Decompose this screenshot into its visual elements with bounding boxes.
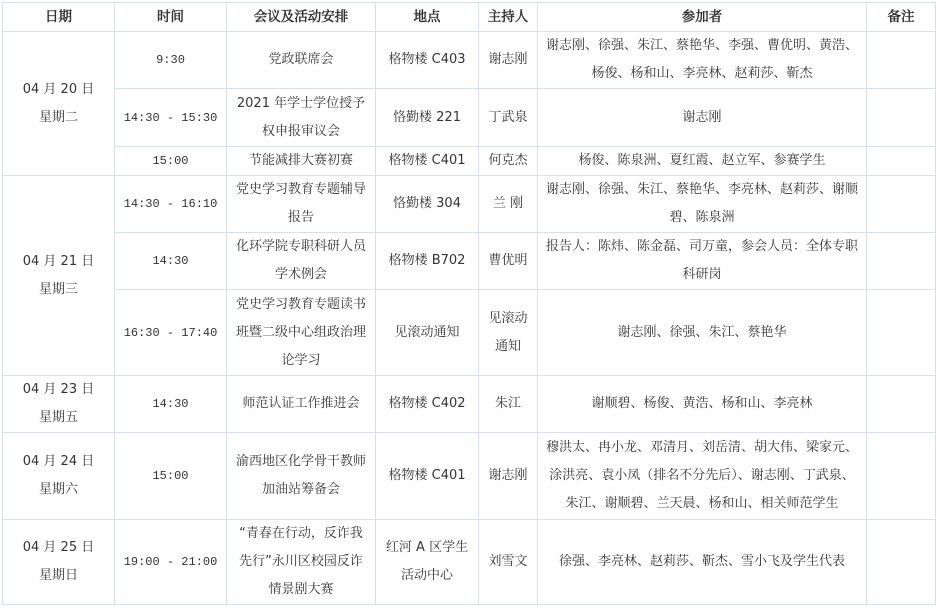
weekday-text: 星期六 <box>9 476 108 504</box>
time-cell: 15:00 <box>115 433 227 520</box>
header-attendees: 参加者 <box>538 3 867 32</box>
table-row: 04 月 25 日 星期日 19:00 - 21:00 “青春在行动，反诈我先行… <box>3 520 936 605</box>
remarks-cell <box>867 176 936 233</box>
attendees-cell: 谢志刚、徐强、朱江、蔡艳华、李亮林、赵莉莎、谢顺碧、陈泉洲 <box>538 176 867 233</box>
header-host: 主持人 <box>479 3 538 32</box>
remarks-cell <box>867 433 936 520</box>
host-cell: 谢志刚 <box>479 32 538 89</box>
attendees-cell: 谢志刚、徐强、朱江、蔡艳华 <box>538 290 867 376</box>
table-row: 14:30 化环学院专职科研人员学术例会 格物楼 B702 曹优明 报告人：陈炜… <box>3 233 936 290</box>
host-cell: 刘雪文 <box>479 520 538 605</box>
host-cell: 曹优明 <box>479 233 538 290</box>
header-date: 日期 <box>3 3 115 32</box>
date-text: 04 月 25 日 <box>9 534 108 562</box>
attendees-cell: 谢顺碧、杨俊、黄浩、杨和山、李亮林 <box>538 376 867 433</box>
weekday-text: 星期日 <box>9 562 108 590</box>
attendees-cell: 徐强、李亮林、赵莉莎、靳杰、雪小飞及学生代表 <box>538 520 867 605</box>
date-cell: 04 月 24 日 星期六 <box>3 433 115 520</box>
event-cell: 节能减排大赛初赛 <box>227 147 376 176</box>
remarks-cell <box>867 520 936 605</box>
event-cell: 2021 年学士学位授予权申报审议会 <box>227 89 376 147</box>
time-cell: 14:30 - 15:30 <box>115 89 227 147</box>
location-cell: 红河 A 区学生活动中心 <box>376 520 479 605</box>
event-cell: 渝西地区化学骨干教师加油站筹备会 <box>227 433 376 520</box>
remarks-cell <box>867 233 936 290</box>
table-row: 04 月 23 日 星期五 14:30 师范认证工作推进会 格物楼 C402 朱… <box>3 376 936 433</box>
time-cell: 15:00 <box>115 147 227 176</box>
location-cell: 恪勤楼 221 <box>376 89 479 147</box>
event-cell: 化环学院专职科研人员学术例会 <box>227 233 376 290</box>
attendees-cell: 谢志刚 <box>538 89 867 147</box>
attendees-cell: 谢志刚、徐强、朱江、蔡艳华、李强、曹优明、黄浩、杨俊、杨和山、李亮林、赵莉莎、靳… <box>538 32 867 89</box>
table-row: 04 月 21 日 星期三 14:30 - 16:10 党史学习教育专题辅导报告… <box>3 176 936 233</box>
table-row: 04 月 20 日 星期二 9:30 党政联席会 格物楼 C403 谢志刚 谢志… <box>3 32 936 89</box>
event-cell: 党政联席会 <box>227 32 376 89</box>
event-cell: 党史学习教育专题辅导报告 <box>227 176 376 233</box>
attendees-cell: 穆洪太、冉小龙、邓清月、刘岳清、胡大伟、梁家元、涂洪亮、袁小凤（排名不分先后）、… <box>538 433 867 520</box>
date-text: 04 月 24 日 <box>9 448 108 476</box>
time-cell: 16:30 - 17:40 <box>115 290 227 376</box>
remarks-cell <box>867 290 936 376</box>
attendees-cell: 杨俊、陈泉洲、夏红霞、赵立军、参赛学生 <box>538 147 867 176</box>
time-cell: 19:00 - 21:00 <box>115 520 227 605</box>
weekday-text: 星期二 <box>9 104 108 132</box>
host-cell: 谢志刚 <box>479 433 538 520</box>
date-text: 04 月 23 日 <box>9 376 108 404</box>
header-event: 会议及活动安排 <box>227 3 376 32</box>
location-cell: 恪勤楼 304 <box>376 176 479 233</box>
time-cell: 14:30 - 16:10 <box>115 176 227 233</box>
schedule-table: 日期 时间 会议及活动安排 地点 主持人 参加者 备注 04 月 20 日 星期… <box>2 2 936 605</box>
location-cell: 格物楼 C401 <box>376 433 479 520</box>
date-cell: 04 月 20 日 星期二 <box>3 32 115 176</box>
header-remarks: 备注 <box>867 3 936 32</box>
header-location: 地点 <box>376 3 479 32</box>
host-cell: 见滚动通知 <box>479 290 538 376</box>
event-cell: 党史学习教育专题读书班暨二级中心组政治理论学习 <box>227 290 376 376</box>
date-text: 04 月 20 日 <box>9 76 108 104</box>
host-cell: 朱江 <box>479 376 538 433</box>
location-cell: 格物楼 C402 <box>376 376 479 433</box>
table-row: 16:30 - 17:40 党史学习教育专题读书班暨二级中心组政治理论学习 见滚… <box>3 290 936 376</box>
time-cell: 14:30 <box>115 376 227 433</box>
date-text: 04 月 21 日 <box>9 248 108 276</box>
remarks-cell <box>867 376 936 433</box>
header-row: 日期 时间 会议及活动安排 地点 主持人 参加者 备注 <box>3 3 936 32</box>
table-row: 04 月 24 日 星期六 15:00 渝西地区化学骨干教师加油站筹备会 格物楼… <box>3 433 936 520</box>
remarks-cell <box>867 89 936 147</box>
time-cell: 9:30 <box>115 32 227 89</box>
host-cell: 何克杰 <box>479 147 538 176</box>
location-cell: 格物楼 C403 <box>376 32 479 89</box>
date-cell: 04 月 25 日 星期日 <box>3 520 115 605</box>
remarks-cell <box>867 32 936 89</box>
remarks-cell <box>867 147 936 176</box>
date-cell: 04 月 23 日 星期五 <box>3 376 115 433</box>
date-cell: 04 月 21 日 星期三 <box>3 176 115 376</box>
location-cell: 格物楼 B702 <box>376 233 479 290</box>
weekday-text: 星期三 <box>9 276 108 304</box>
attendees-cell: 报告人：陈炜、陈金磊、司万童，参会人员：全体专职科研岗 <box>538 233 867 290</box>
weekday-text: 星期五 <box>9 404 108 432</box>
location-cell: 见滚动通知 <box>376 290 479 376</box>
header-time: 时间 <box>115 3 227 32</box>
table-row: 15:00 节能减排大赛初赛 格物楼 C401 何克杰 杨俊、陈泉洲、夏红霞、赵… <box>3 147 936 176</box>
host-cell: 兰 刚 <box>479 176 538 233</box>
table-row: 14:30 - 15:30 2021 年学士学位授予权申报审议会 恪勤楼 221… <box>3 89 936 147</box>
event-cell: 师范认证工作推进会 <box>227 376 376 433</box>
event-cell: “青春在行动，反诈我先行”永川区校园反诈情景剧大赛 <box>227 520 376 605</box>
host-cell: 丁武泉 <box>479 89 538 147</box>
time-cell: 14:30 <box>115 233 227 290</box>
location-cell: 格物楼 C401 <box>376 147 479 176</box>
